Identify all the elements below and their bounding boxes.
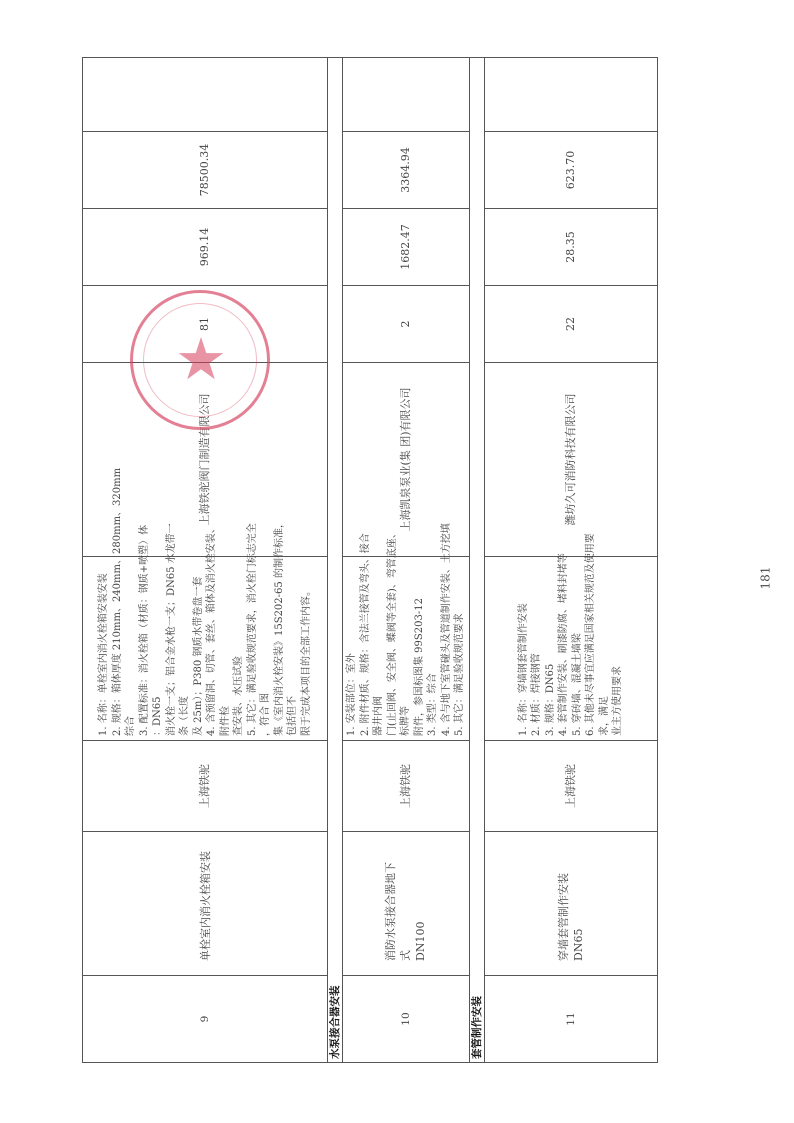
spec-line: ，符合 图 [259,561,273,736]
section-title: 套管制作安装 [469,557,484,1063]
spec-line: 1. 名称：穿墙钢套管制作安装 [517,561,531,736]
item-name: 穿墙套管制作安装 DN65 [484,832,657,976]
item-remarks [343,58,470,132]
section-filler [328,58,343,557]
item-quantity: 81 [83,286,328,363]
name-line: 消防水泵接合器地下 [383,836,398,961]
section-header-row: 水泵接合器安装 [328,58,343,1063]
section-header-row: 套管制作安装 [469,58,484,1063]
table-row: 9 单栓室内消火栓箱安装 上海铁驼 1. 名称：单栓室内消火栓箱安装安装 2. … [83,58,328,1063]
spec-line: 5. 其它：满足验收规范要求 [453,561,467,736]
spec-line: 消火栓一支；铝合金水枪一支；DN65 水龙带一 [165,561,179,736]
bill-of-quantities-table: 9 单栓室内消火栓箱安装 上海铁驼 1. 名称：单栓室内消火栓箱安装安装 2. … [82,57,658,1063]
item-spec: 1. 名称：穿墙钢套管制作安装 2. 材质：焊接钢管 3. 规格：DN65 4.… [484,557,657,741]
name-line: DN100 [413,836,428,961]
spec-line: 求，满足 [598,561,612,736]
item-unit-price: 28.35 [484,209,657,286]
item-brand: 上海铁驼 [484,741,657,832]
item-quantity: 22 [484,286,657,363]
spec-line: 标牌等 [399,561,413,736]
item-manufacturer: 潍坊久可消防科技有限公司 [484,363,657,557]
spec-line: 2. 材质：焊接钢管 [530,561,544,736]
spec-line: 3. 类型：综合 [426,561,440,736]
spec-line: 集《室内消火栓安装》15S202-65 的制作标准， [273,561,287,736]
spec-line: 及 25m）；P380 钢质水带卷盘一套 [192,561,206,736]
item-total: 623.70 [484,132,657,209]
spec-line: 附件检 [219,561,233,736]
item-spec: 1. 名称：单栓室内消火栓箱安装安装 2. 规格：箱体厚度 210mm、240m… [83,557,328,741]
name-line: 穿墙套管制作安装 [556,836,571,961]
section-filler [469,58,484,557]
spec-line: ：DN65 [151,561,165,736]
item-brand: 上海铁驼 [343,741,470,832]
item-spec: 1. 安装部位：室外 2. 附件材质、规格：含法兰接管及弯头、接合 器井内阀 门… [343,557,470,741]
spec-line: 限于完成本项目的全部工作内容。 [300,561,314,736]
spec-line: 4. 含与地下室管碰头及管道制作安装、土方挖填 [440,561,454,736]
rotated-table-container: 9 单栓室内消火栓箱安装 上海铁驼 1. 名称：单栓室内消火栓箱安装安装 2. … [82,95,608,1063]
spec-line: 6. 其他未尽事宜应满足国家相关规范及使用要 [584,561,598,736]
item-name: 单栓室内消火栓箱安装 [83,832,328,976]
name-line: 式 [398,836,413,961]
item-name: 消防水泵接合器地下 式 DN100 [343,832,470,976]
spec-line: 2. 规格：箱体厚度 210mm、240mm、280mm、320mm [111,561,125,736]
item-number: 10 [343,976,470,1063]
section-title: 水泵接合器安装 [328,557,343,1063]
item-number: 11 [484,976,657,1063]
item-unit-price: 969.14 [83,209,328,286]
page-number: 181 [758,567,772,590]
item-total: 3364.94 [343,132,470,209]
item-number: 9 [83,976,328,1063]
item-unit-price: 1682.47 [343,209,470,286]
spec-line: 1. 安装部位：室外 [345,561,359,736]
item-quantity: 2 [343,286,470,363]
spec-line: 门(止回阀、安全阀、蝶阀等全套)、弯管底座、 [386,561,400,736]
spec-line: 4. 含预留洞、切管、套丝、箱体及消火栓安装、 [205,561,219,736]
spec-line: 1. 名称：单栓室内消火栓箱安装安装 [97,561,111,736]
spec-line: 3. 配置标准：消火栓箱（材质：钢质+喷塑）体 [138,561,152,736]
spec-line: 5. 其它：满足验收规范要求，消火栓门标志完全 [246,561,260,736]
item-remarks [484,58,657,132]
item-total: 78500.34 [83,132,328,209]
spec-line: 4. 套管制作安装、刷漆防腐、堵料封堵等 [557,561,571,736]
spec-line: 综合 [124,561,138,736]
spec-line: 器井内阀 [372,561,386,736]
item-remarks [83,58,328,132]
table-row: 11 穿墙套管制作安装 DN65 上海铁驼 1. 名称：穿墙钢套管制作安装 2.… [484,58,657,1063]
table-row: 10 消防水泵接合器地下 式 DN100 上海铁驼 1. 安装部位：室外 2. … [343,58,470,1063]
name-line: DN65 [571,836,586,961]
item-brand: 上海铁驼 [83,741,328,832]
spec-line: 条（长度 [178,561,192,736]
spec-line: 业主方使用要求 [611,561,625,736]
spec-line: 2. 附件材质、规格：含法兰接管及弯头、接合 [359,561,373,736]
spec-line: 查安装、水压试验 [232,561,246,736]
spec-line: 包括但不 [286,561,300,736]
spec-line: 5. 穿砖墙、混凝土墙梁 [571,561,585,736]
spec-line: 3. 规格：DN65 [544,561,558,736]
spec-line: 附件，参国标图集 99S203-12 [413,561,427,736]
